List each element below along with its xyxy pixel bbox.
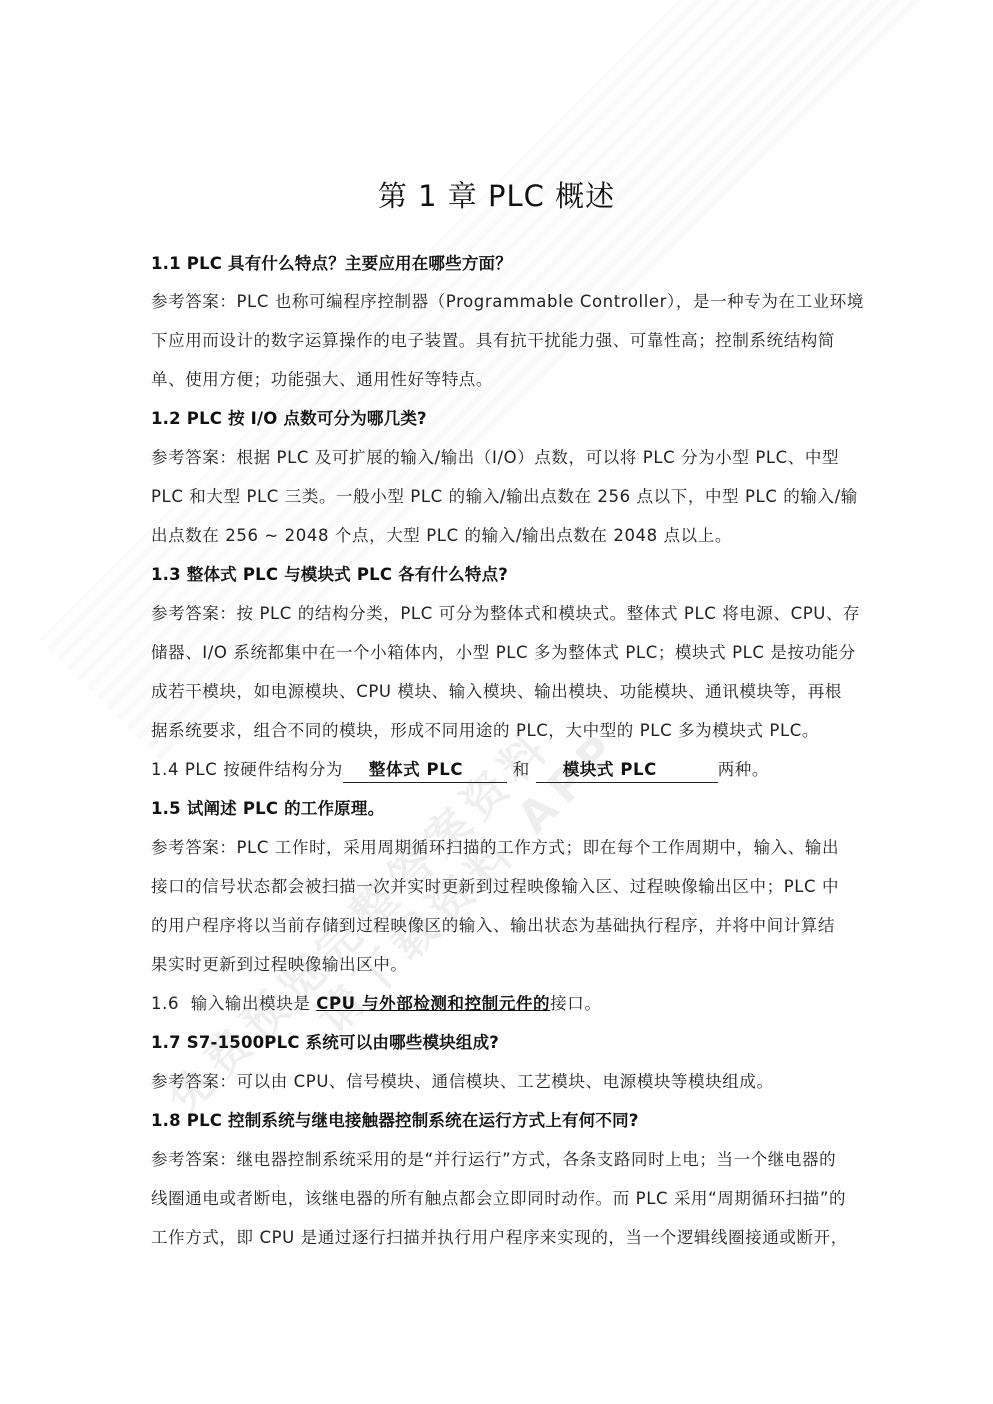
answer-1-5-line-4: 果实时更新到过程映像输出区中。 <box>151 950 851 980</box>
answer-1-1-line-3: 单、使用方便；功能强大、通用性好等特点。 <box>151 365 851 395</box>
answer-1-3-line-3: 成若干模块，如电源模块、CPU 模块、输入模块、输出模块、功能模块、通讯模块等，… <box>151 677 851 707</box>
question-1-4-prefix: 1.4 PLC 按硬件结构分为 <box>151 760 343 779</box>
question-1-1: 1.1 PLC 具有什么特点？主要应用在哪些方面？ <box>151 249 851 279</box>
answer-1-5-line-2: 接口的信号状态都会被扫描一次并实时更新到过程映像输入区、过程映像输出区中；PLC… <box>151 872 851 902</box>
fill-blank-2: 模块式 PLC <box>536 758 718 783</box>
answer-1-3-line-2: 储器、I/O 系统都集中在一个小箱体内，小型 PLC 多为整体式 PLC；模块式… <box>151 638 851 668</box>
answer-1-8-line-3: 工作方式，即 CPU 是通过逐行扫描并执行用户程序来实现的，当一个逻辑线圈接通或… <box>151 1223 851 1253</box>
question-1-8: 1.8 PLC 控制系统与继电接触器控制系统在运行方式上有何不同? <box>151 1106 851 1136</box>
answer-1-8-line-2: 线圈通电或者断电，该继电器的所有触点都会立即同时动作。而 PLC 采用“周期循环… <box>151 1184 851 1214</box>
answer-1-1-line-2: 下应用而设计的数字运算操作的电子装置。具有抗干扰能力强、可靠性高；控制系统结构简 <box>151 326 851 356</box>
question-1-6: 1.6 输入输出模块是 CPU 与外部检测和控制元件的接口。 <box>151 989 851 1019</box>
answer-1-2-line-1: 参考答案：根据 PLC 及可扩展的输入/输出（I/O）点数，可以将 PLC 分为… <box>151 443 851 473</box>
answer-1-2-line-3: 出点数在 256 ~ 2048 个点，大型 PLC 的输入/输出点数在 2048… <box>151 521 851 551</box>
answer-1-8-line-1: 参考答案：继电器控制系统采用的是“并行运行”方式，各条支路同时上电；当一个继电器… <box>151 1145 851 1175</box>
answer-1-2-line-2: PLC 和大型 PLC 三类。一般小型 PLC 的输入/输出点数在 256 点以… <box>151 482 851 512</box>
question-1-3: 1.3 整体式 PLC 与模块式 PLC 各有什么特点? <box>151 560 851 590</box>
fill-answer-1-6: CPU 与外部检测和控制元件的 <box>316 994 550 1013</box>
chapter-title: 第 1 章 PLC 概述 <box>0 174 993 215</box>
question-1-4: 1.4 PLC 按硬件结构分为整体式 PLC 和 模块式 PLC两种。 <box>151 755 851 785</box>
question-1-6-suffix: 接口。 <box>550 994 601 1013</box>
answer-1-7-line-1: 参考答案：可以由 CPU、信号模块、通信模块、工艺模块、电源模块等模块组成。 <box>151 1067 851 1097</box>
question-1-2: 1.2 PLC 按 I/O 点数可分为哪几类? <box>151 404 851 434</box>
answer-1-5-line-1: 参考答案：PLC 工作时，采用周期循环扫描的工作方式；即在每个工作周期中，输入、… <box>151 833 851 863</box>
question-1-5: 1.5 试阐述 PLC 的工作原理。 <box>151 794 851 824</box>
question-1-7: 1.7 S7-1500PLC 系统可以由哪些模块组成? <box>151 1028 851 1058</box>
answer-1-3-line-4: 据系统要求，组合不同的模块，形成不同用途的 PLC，大中型的 PLC 多为模块式… <box>151 716 851 746</box>
answer-1-3-line-1: 参考答案：按 PLC 的结构分类，PLC 可分为整体式和模块式。整体式 PLC … <box>151 599 851 629</box>
answer-1-1-line-1: 参考答案：PLC 也称可编程序控制器（Programmable Controll… <box>151 287 851 317</box>
question-1-4-middle: 和 <box>507 760 536 779</box>
fill-blank-1: 整体式 PLC <box>343 758 507 783</box>
question-1-6-prefix: 1.6 输入输出模块是 <box>151 994 316 1013</box>
answer-1-5-line-3: 的用户程序将以当前存储到过程映像区的输入、输出状态为基础执行程序，并将中间计算结 <box>151 911 851 941</box>
question-1-4-suffix: 两种。 <box>718 760 769 779</box>
